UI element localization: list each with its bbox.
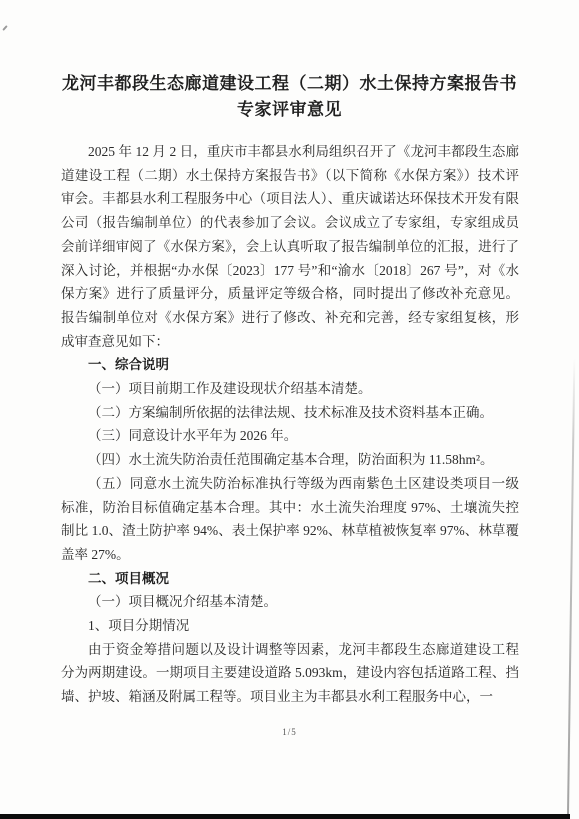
- page-edge-line: [567, 358, 575, 814]
- section1-item-2: （二）方案编制所依据的法律法规、技术标准及技术资料基本正确。: [61, 401, 519, 425]
- page-number: 1/5: [0, 727, 579, 737]
- section2-phase-paragraph: 由于资金筹措问题以及设计调整等因素，龙河丰都段生态廊道建设工程分为两期建设。一期…: [61, 638, 519, 709]
- document-title-line2: 专家评审意见: [40, 97, 539, 123]
- section2-item-1: （一）项目概况介绍基本清楚。: [61, 590, 519, 614]
- section1-item-5: （五）同意水土流失防治标准执行等级为西南紫色土区建设类项目一级标准，防治目标值确…: [61, 472, 519, 567]
- document-title-line1: 龙河丰都段生态廊道建设工程（二期）水土保持方案报告书: [40, 71, 539, 97]
- section2-subitem-title: 1、项目分期情况: [61, 614, 519, 638]
- section-heading-1: 一、综合说明: [61, 353, 519, 377]
- scan-artifact-mark: [2, 25, 8, 31]
- section1-item-4: （四）水土流失防治责任范围确定基本合理，防治面积为 11.58hm²。: [61, 448, 519, 472]
- intro-paragraph: 2025 年 12 月 2 日，重庆市丰都县水利局组织召开了《龙河丰都段生态廊道…: [61, 140, 519, 353]
- document-title: 龙河丰都段生态廊道建设工程（二期）水土保持方案报告书 专家评审意见: [40, 71, 539, 123]
- section1-item-3: （三）同意设计水平年为 2026 年。: [61, 424, 519, 448]
- section1-item-1: （一）项目前期工作及建设现状介绍基本清楚。: [61, 377, 519, 401]
- scan-bottom-band: [0, 814, 570, 819]
- section-heading-2: 二、项目概况: [61, 567, 519, 591]
- document-body: 2025 年 12 月 2 日，重庆市丰都县水利局组织召开了《龙河丰都段生态廊道…: [61, 140, 519, 709]
- scanned-document-page: 龙河丰都段生态廊道建设工程（二期）水土保持方案报告书 专家评审意见 2025 年…: [0, 0, 579, 819]
